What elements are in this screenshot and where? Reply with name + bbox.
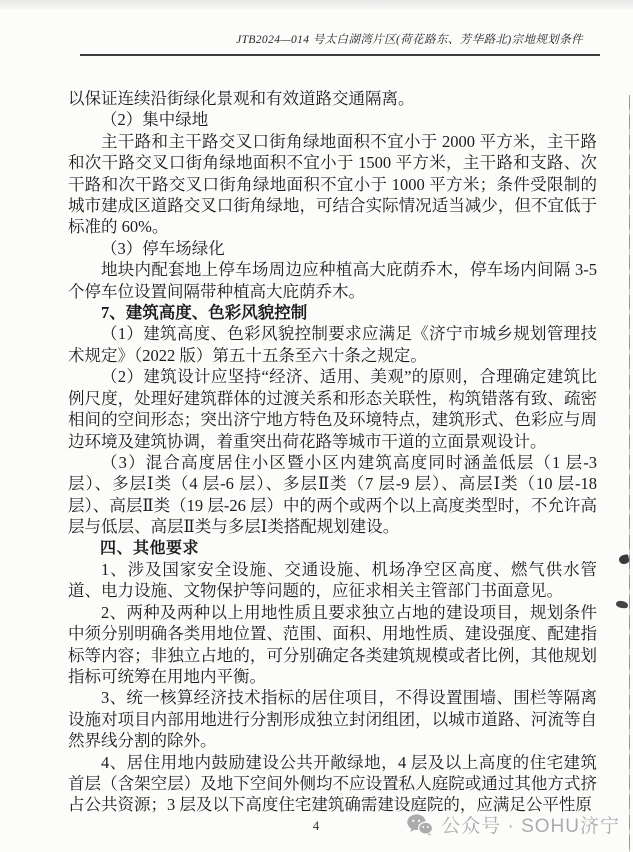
scan-edge-top-artifact <box>0 0 633 9</box>
page-header-doc-ref: JTB2024—014 号太白湖湾片区(荷花路东、芳华路北)宗地规划条件 <box>80 31 583 47</box>
subitem-heading-parking-greening: （3）停车场绿化 <box>68 238 597 259</box>
paragraph: 主干路和主干路交叉口街角绿地面积不宜小于 2000 平方米，主干路和次干路交叉口… <box>68 131 597 238</box>
page-number: 4 <box>296 818 336 834</box>
ink-smudge <box>616 600 629 608</box>
paragraph: 1、涉及国家安全设施、交通设施、机场净空区高度、燃气供水管道、电力设施、文物保护… <box>68 559 597 602</box>
paragraph: 地块内配套地上停车场周边应种植高大庇荫乔木，停车场内间隔 3-5 个停车位设置间… <box>68 259 597 302</box>
paragraph: 以保证连续沿街绿化景观和有效道路交通隔离。 <box>68 88 597 109</box>
document-page: JTB2024—014 号太白湖湾片区(荷花路东、芳华路北)宗地规划条件 以保证… <box>0 0 633 852</box>
document-body: 以保证连续沿街绿化景观和有效道路交通隔离。 （2）集中绿地 主干路和主干路交叉口… <box>68 88 597 816</box>
paragraph: （1）建筑高度、色彩风貌控制要求应满足《济宁市城乡规划管理技术规定》（2022 … <box>68 323 597 366</box>
subitem-heading-green-space: （2）集中绿地 <box>68 109 597 130</box>
scan-edge-right-artifact <box>629 95 630 852</box>
section-heading-7-building-height: 7、建筑高度、色彩风貌控制 <box>68 302 597 323</box>
paragraph: （3）混合高度居住小区暨小区内建筑高度同时涵盖低层（1 层-3 层）、多层Ⅰ类（… <box>68 452 597 538</box>
watermark-text: 公众号 · SOHU济宁 <box>441 811 620 838</box>
header-rule-line <box>80 54 600 56</box>
wechat-icon <box>407 814 433 836</box>
paragraph: 4、居住用地内鼓励建设公共开敞绿地，4 层及以上高度的住宅建筑首层（含架空层）及… <box>68 752 597 816</box>
paragraph: 3、统一核算经济技术指标的居住项目，不得设置围墙、围栏等隔离设施对项目内部用地进… <box>68 687 597 751</box>
watermark: 公众号 · SOHU济宁 <box>407 811 620 838</box>
section-heading-4-other-requirements: 四、其他要求 <box>68 538 597 559</box>
paragraph: （2）建筑设计应坚持“经济、适用、美观”的原则，合理确定建筑比例尺度，处理好建筑… <box>68 366 597 452</box>
paragraph: 2、两种及两种以上用地性质且要求独立占地的建设项目，规划条件中须分别明确各类用地… <box>68 602 597 688</box>
